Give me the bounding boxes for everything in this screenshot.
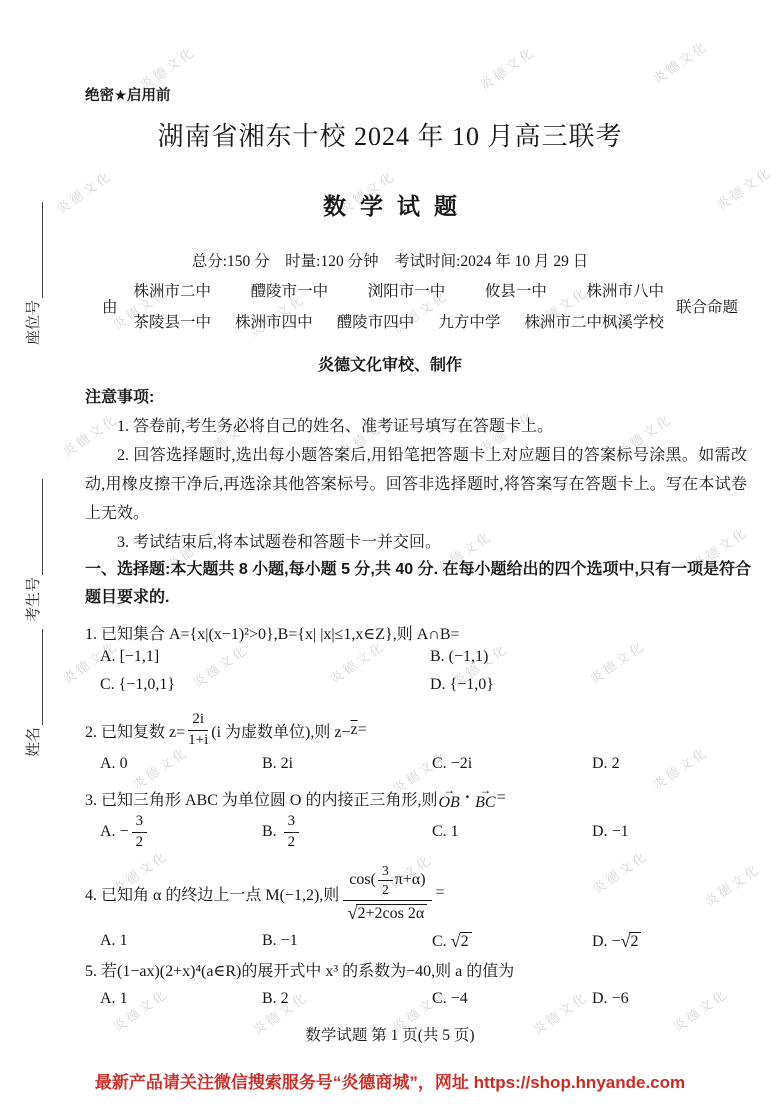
seal-name-label: 姓名 [22, 727, 43, 757]
seat-blank-line [28, 202, 43, 298]
exam-paper-page: 炎德文化炎德文化炎德文化炎德文化炎德文化炎德文化炎德文化炎德文化炎德文化炎德文化… [0, 0, 780, 1104]
question-4-stem: 4. 已知角 α 的终边上一点 M(−1,2),则 cos( 32 π+α) √… [85, 862, 757, 924]
q1-option-b: B.(−1,1) [430, 648, 488, 666]
q4-option-b: B.−1 [262, 932, 298, 950]
q1-option-a: A.[−1,1] [100, 648, 159, 666]
school-name: 茶陵县一中 [134, 310, 212, 332]
school-name: 株洲市二中枫溪学校 [524, 310, 664, 332]
school-name: 醴陵市四中 [337, 310, 415, 332]
school-row-1: 株洲市二中 醴陵市一中 浏阳市一中 攸县一中 株洲市八中 [134, 279, 664, 301]
q2-option-a: A.0 [100, 755, 128, 773]
question-4-options: A.1 B.−1 C. √2 D. − √2 [85, 932, 747, 958]
dot-product-symbol: · [465, 789, 470, 807]
q4-big-fraction: cos( 32 π+α) √2+2cos 2α [343, 863, 431, 923]
q3-option-d: D.−1 [592, 810, 629, 854]
q5-option-d: D.−6 [592, 990, 629, 1008]
q1-option-c: C.{−1,0,1} [100, 676, 175, 694]
q4-numerator: cos( 32 π+α) [343, 863, 431, 901]
exam-meta: 总分:150 分 时量:120 分钟 考试时间:2024 年 10 月 29 日 [0, 249, 780, 271]
school-name: 浏阳市一中 [368, 279, 446, 301]
notice-item-1: 1. 答卷前,考生务必将自己的姓名、准考证号填写在答题卡上。 [85, 412, 747, 441]
notice-item-3: 3. 考试结束后,将本试题卷和答题卡一并交回。 [85, 528, 747, 557]
q3-a-fraction: 32 [132, 813, 148, 851]
page-number: 数学试题 第 1 页(共 5 页) [0, 1023, 780, 1045]
seal-name: 姓名 [22, 629, 43, 757]
z-conjugate: z [351, 721, 358, 739]
q4-option-a: A.1 [100, 932, 128, 950]
organizer-block: 由 株洲市二中 醴陵市一中 浏阳市一中 攸县一中 株洲市八中 茶陵县一中 株洲市… [88, 279, 738, 332]
organizer-prefix: 由 [102, 295, 118, 317]
exam-title: 湖南省湘东十校 2024 年 10 月高三联考 [0, 116, 780, 153]
q4-inner-fraction: 32 [378, 863, 393, 897]
notice-item-2: 2. 回答选择题时,选出每小题答案后,用铅笔把答题卡上对应题目的答案标号涂黑。如… [85, 441, 747, 528]
q5-option-a: A.1 [100, 990, 128, 1008]
vector-ob: →OB [438, 786, 459, 810]
candidate-blank-line [28, 479, 43, 575]
seal-candidate-number: 考生号 [22, 479, 43, 622]
question-1-options-row1: A.[−1,1] B.(−1,1) [85, 648, 747, 674]
q2-fraction: 2i 1+i [188, 711, 208, 749]
notices-block: 注意事项: 1. 答卷前,考生务必将自己的姓名、准考证号填写在答题卡上。 2. … [85, 383, 747, 557]
q4-option-c: C. √2 [432, 932, 472, 951]
square-root: √2 [621, 932, 642, 951]
question-3-stem: 3. 已知三角形 ABC 为单位圆 O 的内接正三角形,则 →OB · →BC … [85, 786, 757, 810]
section1-heading: 一、选择题:本大题共 8 小题,每小题 5 分,共 40 分. 在每小题给出的四… [85, 556, 751, 612]
q4-denominator: √2+2cos 2α [348, 901, 428, 923]
organizer-suffix: 联合命题 [676, 295, 738, 317]
promo-line: 最新产品请关注微信搜索服务号“炎德商城”，网址 https://shop.hny… [0, 1068, 780, 1093]
seal-candidate-label: 考生号 [22, 577, 43, 622]
name-blank-line [28, 629, 43, 725]
school-name: 株洲市二中 [134, 279, 212, 301]
q3-option-b: B. 32 [262, 810, 302, 854]
q2-option-b: B.2i [262, 755, 293, 773]
producer-line: 炎德文化审校、制作 [0, 352, 780, 375]
school-row-2: 茶陵县一中 株洲市四中 醴陵市四中 九方中学 株洲市二中枫溪学校 [134, 310, 664, 332]
q3-b-fraction: 32 [284, 813, 300, 851]
question-3-options: A. − 32 B. 32 C.1 D.−1 [85, 810, 747, 854]
q5-option-c: C.−4 [432, 990, 468, 1008]
q1-option-d: D.{−1,0} [430, 676, 494, 694]
subject-title: 数学试题 [0, 188, 780, 221]
vector-bc: →BC [475, 786, 495, 810]
school-name: 株洲市八中 [586, 279, 664, 301]
school-name: 醴陵市一中 [251, 279, 329, 301]
question-1-stem: 1. 已知集合 A={x|(x−1)²>0},B={x| |x|≤1,x∈Z},… [85, 621, 757, 644]
square-root: √2+2cos 2α [348, 904, 428, 923]
notices-heading: 注意事项: [85, 383, 747, 412]
question-2-options: A.0 B.2i C.−2i D.2 [85, 755, 747, 781]
school-list: 株洲市二中 醴陵市一中 浏阳市一中 攸县一中 株洲市八中 茶陵县一中 株洲市四中… [134, 279, 664, 332]
question-2-stem: 2. 已知复数 z= 2i 1+i (i 为虚数单位),则 z−z= [85, 708, 757, 752]
q3-option-a: A. − 32 [100, 810, 150, 854]
school-name: 株洲市四中 [235, 310, 313, 332]
school-name: 九方中学 [438, 310, 500, 332]
q3-option-c: C.1 [432, 810, 459, 854]
question-5-options: A.1 B.2 C.−4 D.−6 [85, 990, 747, 1016]
school-name: 攸县一中 [485, 279, 547, 301]
q2-option-c: C.−2i [432, 755, 472, 773]
seal-seat-label: 座位号 [22, 300, 43, 345]
classification-label: 绝密★启用前 [85, 84, 171, 105]
question-1-options-row2: C.{−1,0,1} D.{−1,0} [85, 676, 747, 702]
q5-option-b: B.2 [262, 990, 289, 1008]
square-root: √2 [451, 932, 472, 951]
q2-option-d: D.2 [592, 755, 620, 773]
q4-option-d: D. − √2 [592, 932, 641, 951]
question-5-stem: 5. 若(1−ax)(2+x)⁴(a∈R)的展开式中 x³ 的系数为−40,则 … [85, 958, 757, 981]
seal-seat-number: 座位号 [22, 202, 43, 345]
